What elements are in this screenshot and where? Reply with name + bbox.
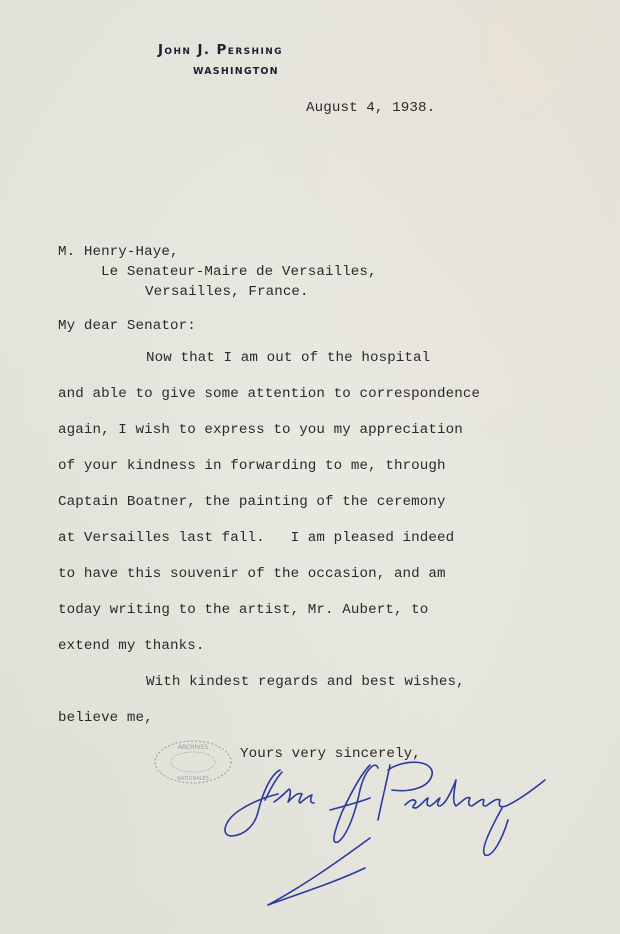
closing-line: With kindest regards and best wishes,: [146, 674, 465, 690]
address-line-3: Versailles, France.: [145, 284, 309, 300]
salutation: My dear Senator:: [58, 318, 196, 334]
body-line: extend my thanks.: [58, 638, 204, 654]
letterhead-city: WASHINGTON: [193, 66, 279, 77]
svg-text:ARCHIVES: ARCHIVES: [178, 744, 208, 751]
address-line-2: Le Senateur-Maire de Versailles,: [101, 264, 377, 280]
letter-page: John J. Pershing WASHINGTON August 4, 19…: [0, 0, 620, 934]
address-line-1: M. Henry-Haye,: [58, 244, 179, 260]
closing-line: believe me,: [58, 710, 153, 726]
letterhead-name: John J. Pershing: [158, 42, 283, 58]
body-line: Captain Boatner, the painting of the cer…: [58, 494, 446, 510]
body-line: today writing to the artist, Mr. Aubert,…: [58, 602, 428, 618]
letter-date: August 4, 1938.: [306, 100, 435, 116]
body-line: and able to give some attention to corre…: [58, 386, 480, 402]
body-line: of your kindness in forwarding to me, th…: [58, 458, 446, 474]
handwritten-signature-icon: [210, 750, 580, 920]
svg-text:NATIONALES: NATIONALES: [177, 776, 209, 782]
body-line: at Versailles last fall. I am pleased in…: [58, 530, 454, 546]
body-line: again, I wish to express to you my appre…: [58, 422, 463, 438]
body-line: Now that I am out of the hospital: [146, 350, 430, 366]
body-line: to have this souvenir of the occasion, a…: [58, 566, 446, 582]
